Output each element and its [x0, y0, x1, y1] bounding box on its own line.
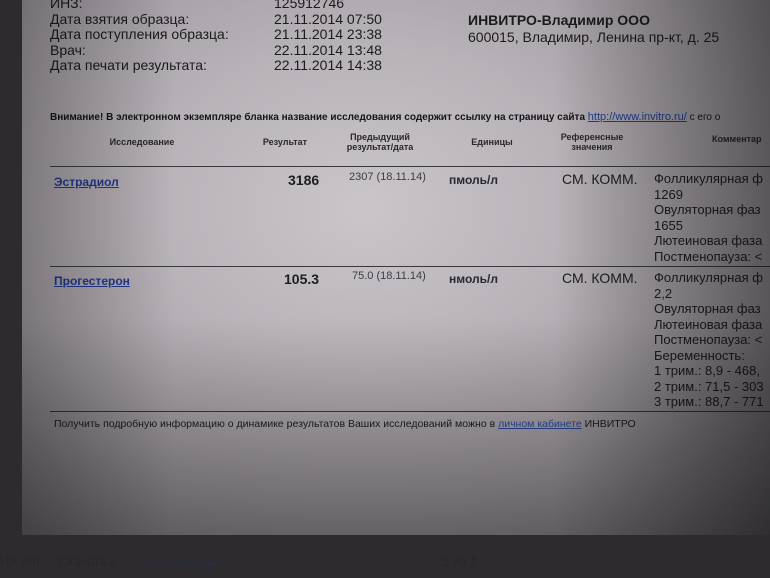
header-test: Исследование: [92, 137, 192, 147]
cloud-button[interactable]: В Облако ☁: [145, 554, 219, 570]
meta-row-doctor: Врач:22.11.2014 13:48: [50, 43, 382, 59]
comment-line: Фолликулярная ф: [654, 270, 764, 286]
comment: Фолликулярная ф1269Овуляторная фаз1655Лю…: [654, 171, 763, 264]
file-name: НА.pdf: [0, 554, 40, 569]
lab-name: ИНВИТРО-Владимир ООО: [468, 12, 719, 29]
invitro-link[interactable]: http://www.invitro.ru/: [588, 111, 687, 123]
divider: [50, 166, 770, 167]
units: нмоль/л: [449, 272, 498, 286]
comment-line: 2,2: [654, 286, 764, 302]
meta-row-received-date: Дата поступления образца:21.11.2014 23:3…: [50, 27, 382, 43]
header-previous: Предыдущий результат/дата: [340, 132, 420, 152]
comment-line: Фолликулярная ф: [654, 171, 763, 187]
units: пмоль/л: [449, 173, 498, 187]
page-counter: 1 из 1: [442, 554, 477, 569]
pdf-page: ИНЗ:125912746 Дата взятия образца:21.11.…: [22, 0, 770, 535]
comment-line: Постменопауза: <: [654, 332, 764, 348]
cloud-upload-icon: ☁: [206, 554, 219, 569]
header-units: Единицы: [462, 137, 522, 147]
pdf-toolbar: НА.pdf Скачать ⤓ В Облако ☁ 1 из 1: [0, 550, 770, 578]
meta-row-print-date: Дата печати результата:22.11.2014 14:38: [50, 58, 382, 74]
previous-value: 2307 (18.11.14): [349, 171, 426, 183]
download-icon: ⤓: [110, 554, 116, 569]
download-button[interactable]: Скачать ⤓: [58, 554, 116, 570]
table-row: Прогестерон: [54, 272, 130, 290]
table-row: Эстрадиол: [54, 173, 119, 191]
meta-row-sample-date: Дата взятия образца:21.11.2014 07:50: [50, 12, 382, 28]
lab-address: 600015, Владимир, Ленина пр-кт, д. 25: [468, 29, 719, 46]
lab-info: ИНВИТРО-Владимир ООО 600015, Владимир, Л…: [468, 12, 719, 46]
sample-info: ИНЗ:125912746 Дата взятия образца:21.11.…: [50, 0, 382, 74]
comment-line: Овуляторная фаз: [654, 202, 763, 218]
comment-line: Постменопауза: <: [654, 249, 763, 265]
reference-value: СМ. КОММ.: [562, 270, 638, 286]
comment: Фолликулярная ф2,2Овуляторная фазЛютеино…: [654, 270, 764, 410]
result-value: 3186: [288, 172, 319, 188]
comment-line: 3 трим.: 88,7 - 771: [654, 394, 764, 410]
personal-account-link[interactable]: личном кабинете: [498, 418, 582, 430]
test-link-progesterone[interactable]: Прогестерон: [54, 274, 130, 288]
meta-row-inz: ИНЗ:125912746: [50, 0, 382, 12]
photo-vignette: [22, 0, 770, 535]
comment-line: 1269: [654, 187, 763, 203]
result-value: 105.3: [284, 271, 319, 287]
header-result: Результат: [250, 137, 320, 147]
previous-value: 75.0 (18.11.14): [352, 270, 426, 282]
divider: [50, 411, 770, 412]
test-link-estradiol[interactable]: Эстрадиол: [54, 175, 119, 189]
comment-line: Лютеиновая фаза: [654, 233, 763, 249]
comment-line: 1655: [654, 218, 763, 234]
header-comment: Комментар: [712, 134, 770, 144]
comment-line: Овуляторная фаз: [654, 301, 764, 317]
comment-line: Беременность:: [654, 348, 764, 364]
notice: Внимание! В электронном экземпляре бланк…: [50, 111, 720, 123]
divider: [50, 266, 770, 267]
reference-value: СМ. КОММ.: [562, 171, 638, 187]
header-reference: Референсные значения: [552, 132, 632, 152]
comment-line: 1 трим.: 8,9 - 468,: [654, 363, 764, 379]
comment-line: 2 трим.: 71,5 - 303: [654, 379, 764, 395]
comment-line: Лютеиновая фаза: [654, 317, 764, 333]
footer-note: Получить подробную информацию о динамике…: [54, 418, 636, 430]
